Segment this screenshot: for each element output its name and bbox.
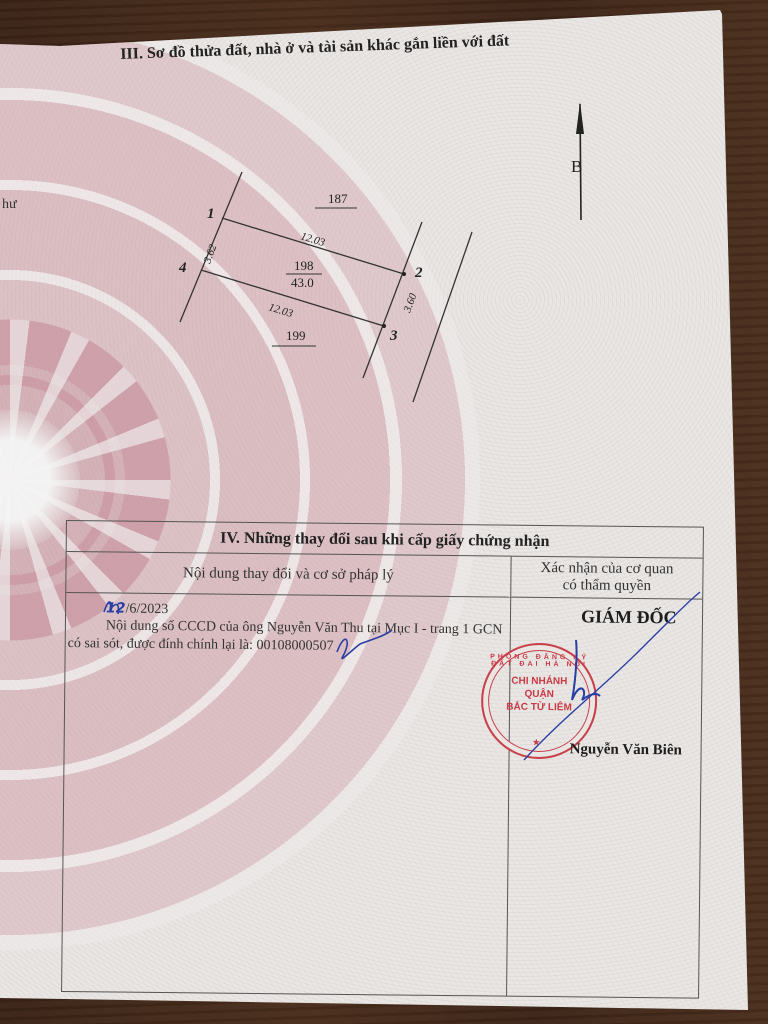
entry-date: 12/6/2023	[106, 600, 168, 618]
signer-name: Nguyễn Văn Biên	[570, 741, 682, 759]
confirmation-column: Xác nhận của cơ quan có thẩm quyền GIÁM …	[507, 557, 703, 998]
parcel-number: 198	[294, 258, 314, 273]
edge-3-4-length: 12.03	[267, 301, 295, 320]
neighbor-parcel-187: 187	[328, 191, 348, 206]
stamp-line-1: CHI NHÁNH	[483, 674, 595, 688]
certificate-page: III. Sơ đồ thửa đất, nhà ở và tài sản kh…	[0, 0, 768, 1024]
changes-table: IV. Những thay đổi sau khi cấp giấy chứn…	[61, 520, 704, 999]
north-arrow-label: B	[571, 157, 582, 176]
stamp-line-3: BẮC TỪ LIÊM	[483, 700, 595, 714]
confirmation-header-line-2: có thẩm quyền	[540, 577, 673, 595]
stamp-star-icon: ★	[533, 738, 540, 747]
entry-content-line-2: có sai sót, được đính chính lại là: 0010…	[68, 636, 334, 655]
edge-4-1-length: 3.62	[201, 242, 219, 266]
entry-content-line-1: Nội dung số CCCD của ông Nguyễn Văn Thu …	[106, 618, 503, 638]
director-title: GIÁM ĐỐC	[581, 606, 677, 628]
confirmation-column-header: Xác nhận của cơ quan có thẩm quyền	[511, 557, 702, 600]
confirmation-header-line-1: Xác nhận của cơ quan	[540, 560, 673, 578]
point-3-label: 3	[389, 328, 398, 344]
content-column-header: Nội dung thay đổi và cơ sở pháp lý	[66, 552, 510, 598]
changes-content-column: Nội dung thay đổi và cơ sở pháp lý 12/6/…	[62, 552, 512, 996]
stamp-line-2: QUẬN	[483, 687, 595, 701]
parcel-area: 43.0	[291, 275, 314, 290]
point-1-label: 1	[207, 206, 215, 222]
point-4-label: 4	[178, 260, 187, 276]
neighbor-parcel-199: 199	[286, 328, 306, 343]
point-2-label: 2	[414, 265, 423, 281]
stamp-ring-text: PHÒNG ĐĂNG KÝ ĐẤT ĐAI HÀ NỘI	[483, 653, 595, 668]
handwritten-day: 12	[106, 600, 126, 616]
entry-date-rest: /6/2023	[125, 602, 168, 617]
edge-2-3-length: 3.60	[401, 291, 419, 315]
